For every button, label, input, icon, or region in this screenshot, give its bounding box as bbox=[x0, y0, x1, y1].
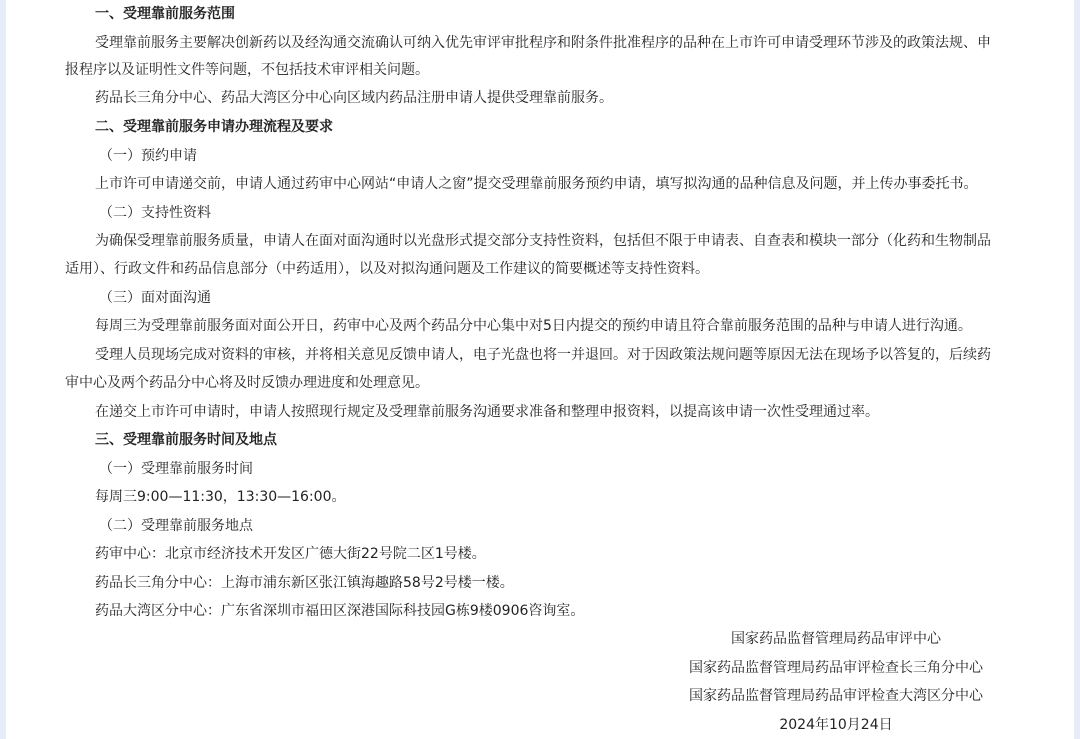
section2-heading: 二、受理靠前服务申请办理流程及要求 bbox=[95, 117, 333, 137]
section2-sub3-para2-line1: 受理人员现场完成对资料的审核，并将相关意见反馈申请人，电子光盘也将一并退回。对于… bbox=[95, 345, 991, 365]
address-cde: 药审中心：北京市经济技术开发区广德大街22号院二区1号楼。 bbox=[95, 544, 486, 564]
signature-org3: 国家药品监督管理局药品审评检查大湾区分中心 bbox=[646, 686, 1026, 706]
signature-org1: 国家药品监督管理局药品审评中心 bbox=[646, 629, 1026, 649]
section3-sub1-heading: （一）受理靠前服务时间 bbox=[99, 459, 253, 479]
signature-date: 2024年10月24日 bbox=[646, 715, 1026, 735]
section3-sub1-text: 每周三9:00—11:30，13:30—16:00。 bbox=[95, 487, 345, 507]
section1-para1-line1: 受理靠前服务主要解决创新药以及经沟通交流确认可纳入优先审评审批程序和附条件批准程… bbox=[95, 33, 991, 53]
section3-heading: 三、受理靠前服务时间及地点 bbox=[95, 430, 277, 450]
section2-sub3-heading: （三）面对面沟通 bbox=[99, 288, 211, 308]
document-page: 一、受理靠前服务范围 受理靠前服务主要解决创新药以及经沟通交流确认可纳入优先审评… bbox=[6, 0, 1074, 739]
address-greater-bay: 药品大湾区分中心：广东省深圳市福田区深港国际科技园G栋9楼0906咨询室。 bbox=[95, 601, 584, 621]
section2-sub1-text: 上市许可申请递交前，申请人通过药审中心网站“申请人之窗”提交受理靠前服务预约申请… bbox=[95, 174, 978, 194]
section1-para1-line2: 报程序以及证明性文件等问题，不包括技术审评相关问题。 bbox=[65, 60, 429, 80]
section2-sub3-para3: 在递交上市许可申请时，申请人按照现行规定及受理靠前服务沟通要求准备和整理申报资料… bbox=[95, 402, 879, 422]
address-yangtze-delta: 药品长三角分中心：上海市浦东新区张江镇海趣路58号2号楼一楼。 bbox=[95, 573, 514, 593]
section3-sub2-heading: （二）受理靠前服务地点 bbox=[99, 516, 253, 536]
section1-heading: 一、受理靠前服务范围 bbox=[95, 4, 235, 24]
section2-sub3-para1: 每周三为受理靠前服务面对面公开日，药审中心及两个药品分中心集中对5日内提交的预约… bbox=[95, 316, 972, 336]
section2-sub2-text-line1: 为确保受理靠前服务质量，申请人在面对面沟通时以光盘形式提交部分支持性资料，包括但… bbox=[95, 231, 991, 251]
section2-sub1-heading: （一）预约申请 bbox=[99, 146, 197, 166]
section1-para2: 药品长三角分中心、药品大湾区分中心向区域内药品注册申请人提供受理靠前服务。 bbox=[95, 88, 613, 108]
section2-sub2-heading: （二）支持性资料 bbox=[99, 203, 211, 223]
section2-sub2-text-line2: 适用）、行政文件和药品信息部分（中药适用），以及对拟沟通问题及工作建议的简要概述… bbox=[65, 259, 709, 279]
section2-sub3-para2-line2: 审中心及两个药品分中心将及时反馈办理进度和处理意见。 bbox=[65, 373, 429, 393]
signature-org2: 国家药品监督管理局药品审评检查长三角分中心 bbox=[646, 658, 1026, 678]
